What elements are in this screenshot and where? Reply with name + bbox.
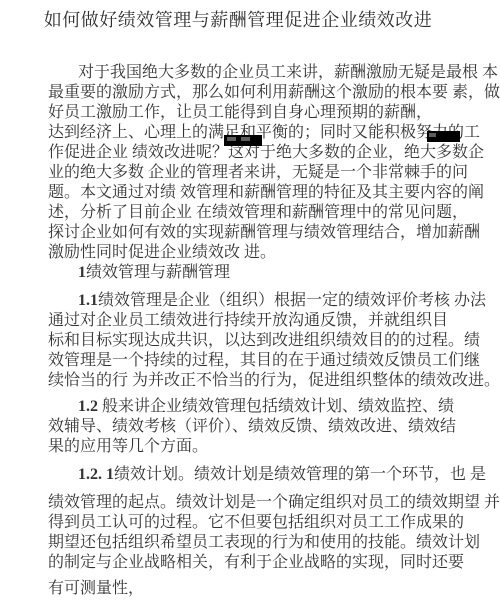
section-heading-1: 1绩效管理与薪酬管理 [48,263,464,283]
paragraph-intro: 对于我国绝大多数的企业员工来讲，薪酬激励无疑是最根 本 最重要的激励方式，那么如… [48,63,464,263]
redaction-glyph-mark [429,133,436,137]
redaction-glyph-mark [227,137,236,141]
paragraph-measurability: 有可测量性， [48,579,464,599]
redaction-glyph-mark [241,137,250,141]
text-line: 好员工激励工作，让员工能得到自身心理预期的薪酬， [48,103,464,123]
text-line: 1.1绩效管理是企业（组织）根据一定的绩效评价考核 办法 [48,291,464,311]
text-line: 效辅导、绩效考核（评价）、绩效反馈、绩效改进、绩效结 [48,417,464,437]
heading-line: 1绩效管理与薪酬管理 [48,263,464,283]
text-line: 述，分析了目前企业 在绩效管理和薪酬管理中的常见问题， [48,203,464,223]
text-segment: 般来讲企业绩效管理包括绩效计划、绩效监控、绩 [98,398,454,415]
text-line: 标和目标实现达成共识，以达到改进组织绩效目的的过程。绩 [48,331,464,351]
list-number: 1.2. 1 [78,466,114,483]
text-line: 最重要的激励方式，那么如何利用薪酬这个激励的根本要 素，做 [48,83,464,103]
text-line: 作促进企业 绩效改进呢？这对于绝大多数的企业，绝大多数企 [48,143,464,163]
list-number: 1.2 [78,398,98,415]
paragraph-plan-detail: 绩效管理的起点。绩效计划是一个确定组织对员工的绩效期望 并 得到员工认可的过程。… [48,493,464,573]
text-line: 果的应用等几个方面。 [48,437,464,457]
text-line: 1.2. 1绩效计划。绩效计划是绩效管理的第一个环节，也 是 [48,465,464,485]
text-line: 1.2 般来讲企业绩效管理包括绩效计划、绩效监控、绩 [48,397,464,417]
text-line: 续恰当的行 为并改正不恰当的行为，促进组织整体的绩效改进。 [48,371,464,391]
text-line: 对于我国绝大多数的企业员工来讲，薪酬激励无疑是最根 本 [48,63,464,83]
text-segment: 绩效管理是企业（组织）根据一定的绩效评价考核 办法 [98,292,486,309]
paragraph-1-1: 1.1绩效管理是企业（组织）根据一定的绩效评价考核 办法 通过对企业员工绩效进行… [48,291,464,391]
page-title: 如何做好绩效管理与薪酬管理促进企业绩效改进 [0,0,488,32]
text-line: 通过对企业员工绩效进行持续开放沟通反馈，并就组织目 [48,311,464,331]
paragraph-1-2-1: 1.2. 1绩效计划。绩效计划是绩效管理的第一个环节，也 是 [48,465,464,485]
paragraph-1-2: 1.2 般来讲企业绩效管理包括绩效计划、绩效监控、绩 效辅导、绩效考核（评价）、… [48,397,464,457]
redaction-box-overlay [224,135,262,146]
text-line: 效管理是一个持续的过程，其目的在于通过绩效反馈员工们继 [48,351,464,371]
text-line: 题。本文通过对绩 效管理和薪酬管理的特征及其主要内容的阐 [48,183,464,203]
text-segment: 绩效计划。绩效计划是绩效管理的第一个环节，也 是 [114,466,486,483]
text-line: 探讨企业如何有效的实现薪酬管理与绩效管理结合，增加薪酬 [48,223,464,243]
text-line: 的制定与企业战略相关，有利于企业战略的实现，同时还要 [48,553,464,573]
text-line: 得到员工认可的过程。它不但要包括组织对员工工作成果的 [48,513,464,533]
text-line: 激励性同时促进企业绩效改 进。 [48,243,464,263]
heading-number: 1 [78,264,86,281]
document-page: 如何做好绩效管理与薪酬管理促进企业绩效改进 对于我国绝大多数的企业员工来讲，薪酬… [0,0,500,614]
text-line: 期望还包括组织希望员工表现的行为和使用的技能。绩效计划 [48,533,464,553]
redaction-box-right [427,131,460,142]
text-line: 业的绝大多数 企业的管理者来讲，无疑是一个非常棘手的问 [48,163,464,183]
list-number: 1.1 [78,292,98,309]
text-line: 绩效管理的起点。绩效计划是一个确定组织对员工的绩效期望 并 [48,493,464,513]
heading-text: 绩效管理与薪酬管理 [86,264,230,281]
text-line: 有可测量性， [48,579,464,599]
